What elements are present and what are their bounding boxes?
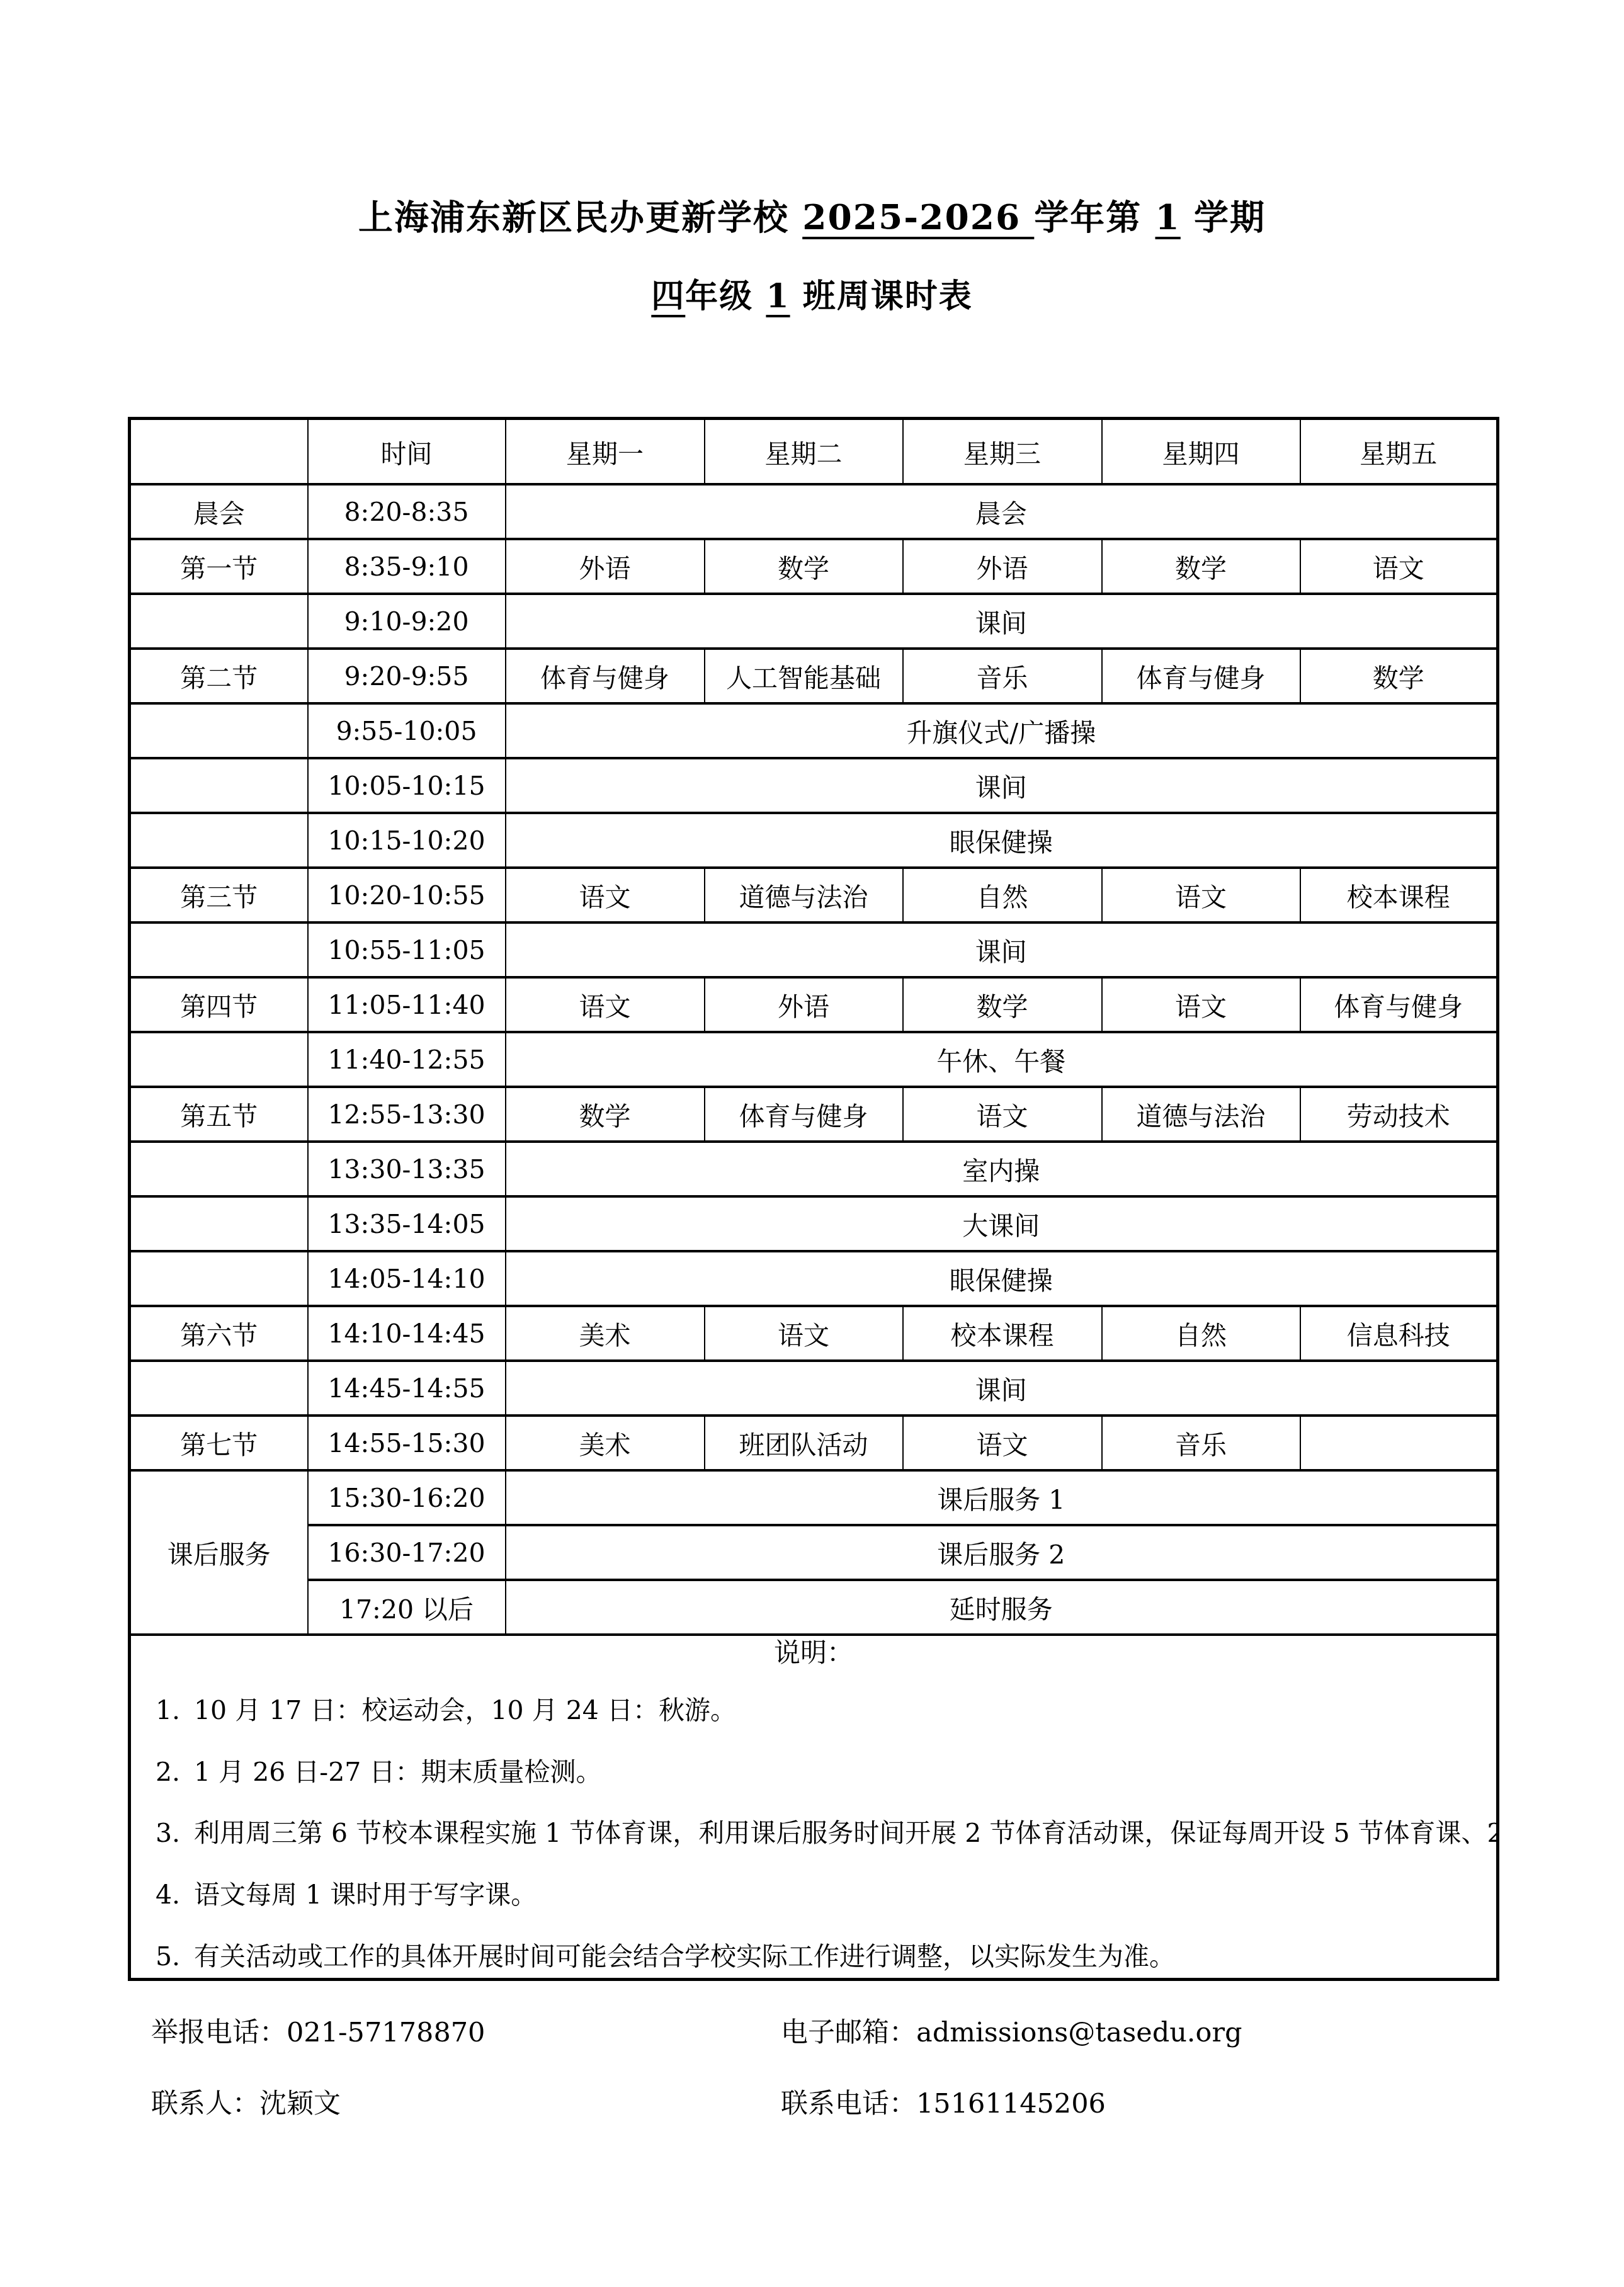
subject-cell: 音乐 [1102, 1416, 1300, 1470]
time-cell: 11:05-11:40 [308, 977, 506, 1032]
schedule-document-page: 上海浦东新区民办更新学校 2025-2026 学年第 1 学期 四年级 1 班周… [0, 0, 1624, 2287]
merged-activity-cell: 眼保健操 [506, 1251, 1498, 1306]
subject-cell: 数学 [1102, 539, 1300, 594]
table-row-eye-exercise: 14:05-14:10 眼保健操 [130, 1251, 1498, 1306]
subtitle-part-underlined-class: 1 [766, 277, 790, 315]
time-cell: 11:40-12:55 [308, 1032, 506, 1087]
subject-cell: 体育与健身 [1300, 977, 1498, 1032]
table-row-period-3: 第三节 10:20-10:55 语文 道德与法治 自然 语文 校本课程 [130, 868, 1498, 922]
contact-footer: 举报电话：021-57178870 电子邮箱：admissions@tasedu… [151, 2011, 1624, 2121]
note-number: 2. [131, 1751, 180, 1794]
subject-cell: 信息科技 [1300, 1306, 1498, 1361]
header-monday: 星期一 [506, 419, 705, 485]
merged-activity-cell: 晨会 [506, 484, 1498, 539]
notes-row: 说明： 1. 10 月 17 日：校运动会，10 月 24 日：秋游。 2. 1… [130, 1635, 1498, 1979]
contact-person: 联系人：沈颖文 [151, 2082, 781, 2121]
subject-cell: 音乐 [903, 649, 1102, 703]
time-cell: 12:55-13:30 [308, 1087, 506, 1142]
note-text: 语文每周 1 课时用于写字课。 [194, 1874, 537, 1917]
time-cell: 10:05-10:15 [308, 758, 506, 813]
period-label-cell [130, 1361, 308, 1416]
title-part-underlined-term: 1 [1156, 196, 1181, 237]
subject-cell: 语文 [1102, 868, 1300, 922]
subject-cell: 数学 [1300, 649, 1498, 703]
period-label-cell: 第三节 [130, 868, 308, 922]
time-cell: 13:35-14:05 [308, 1196, 506, 1251]
table-row-morning-meeting: 晨会 8:20-8:35 晨会 [130, 484, 1498, 539]
merged-activity-cell: 课间 [506, 1361, 1498, 1416]
table-row-after-school-1: 课后服务 15:30-16:20 课后服务 1 [130, 1470, 1498, 1525]
table-row-flag-ceremony: 9:55-10:05 升旗仪式/广播操 [130, 703, 1498, 758]
time-cell: 14:10-14:45 [308, 1306, 506, 1361]
note-item-3: 3. 利用周三第 6 节校本课程实施 1 节体育课，利用课后服务时间开展 2 节… [131, 1812, 1496, 1855]
table-row-break: 10:55-11:05 课间 [130, 922, 1498, 977]
subject-cell: 语文 [903, 1087, 1102, 1142]
footer-row-2: 联系人：沈颖文 联系电话：15161145206 [151, 2082, 1624, 2121]
note-number: 3. [131, 1812, 180, 1855]
subject-cell: 语文 [506, 977, 705, 1032]
period-label-cell [130, 1251, 308, 1306]
period-label-cell [130, 922, 308, 977]
time-cell: 8:35-9:10 [308, 539, 506, 594]
notes-section: 说明： 1. 10 月 17 日：校运动会，10 月 24 日：秋游。 2. 1… [130, 1635, 1498, 1979]
subject-cell: 校本课程 [903, 1306, 1102, 1361]
table-row-break: 10:05-10:15 课间 [130, 758, 1498, 813]
time-cell: 8:20-8:35 [308, 484, 506, 539]
time-cell: 10:15-10:20 [308, 813, 506, 868]
table-row-period-1: 第一节 8:35-9:10 外语 数学 外语 数学 语文 [130, 539, 1498, 594]
merged-activity-cell: 课后服务 1 [506, 1470, 1498, 1525]
subtitle-part: 年级 [685, 277, 766, 315]
table-row-after-school-2: 16:30-17:20 课后服务 2 [130, 1525, 1498, 1580]
title-part: 上海浦东新区民办更新学校 [358, 196, 802, 237]
period-label-cell [130, 594, 308, 649]
time-cell: 9:10-9:20 [308, 594, 506, 649]
title-part-underlined-year: 2025-2026 [802, 196, 1034, 237]
subtitle-part: 班周课时表 [790, 277, 973, 315]
note-number: 4. [131, 1874, 180, 1917]
period-label-cell: 晨会 [130, 484, 308, 539]
subject-cell: 数学 [506, 1087, 705, 1142]
header-row: 时间 星期一 星期二 星期三 星期四 星期五 [130, 419, 1498, 485]
subject-cell: 数学 [705, 539, 903, 594]
table-row-period-7: 第七节 14:55-15:30 美术 班团队活动 语文 音乐 [130, 1416, 1498, 1470]
time-cell: 13:30-13:35 [308, 1142, 506, 1196]
subject-cell: 体育与健身 [1102, 649, 1300, 703]
subject-cell: 美术 [506, 1416, 705, 1470]
header-wednesday: 星期三 [903, 419, 1102, 485]
note-number: 5. [131, 1936, 180, 1978]
header-friday: 星期五 [1300, 419, 1498, 485]
period-label-cell: 第四节 [130, 977, 308, 1032]
email-address: 电子邮箱：admissions@tasedu.org [781, 2011, 1242, 2050]
subject-cell: 外语 [903, 539, 1102, 594]
time-cell: 14:55-15:30 [308, 1416, 506, 1470]
time-cell: 17:20 以后 [308, 1580, 506, 1635]
subject-cell: 语文 [1300, 539, 1498, 594]
merged-activity-cell: 午休、午餐 [506, 1032, 1498, 1087]
note-item-4: 4. 语文每周 1 课时用于写字课。 [131, 1874, 1496, 1917]
period-label-cell [130, 703, 308, 758]
time-cell: 9:20-9:55 [308, 649, 506, 703]
subject-cell: 体育与健身 [705, 1087, 903, 1142]
period-label-cell: 第七节 [130, 1416, 308, 1470]
table-row-eye-exercise: 10:15-10:20 眼保健操 [130, 813, 1498, 868]
table-row-break: 9:10-9:20 课间 [130, 594, 1498, 649]
table-row-extended-service: 17:20 以后 延时服务 [130, 1580, 1498, 1635]
subtitle-part-underlined-grade: 四 [651, 277, 685, 315]
subject-cell: 美术 [506, 1306, 705, 1361]
subject-cell: 语文 [506, 868, 705, 922]
subject-cell: 班团队活动 [705, 1416, 903, 1470]
time-cell: 16:30-17:20 [308, 1525, 506, 1580]
merged-activity-cell: 延时服务 [506, 1580, 1498, 1635]
title-part: 学年第 [1034, 196, 1155, 237]
subject-cell: 校本课程 [1300, 868, 1498, 922]
note-text: 1 月 26 日-27 日：期末质量检测。 [194, 1751, 601, 1794]
note-item-2: 2. 1 月 26 日-27 日：期末质量检测。 [131, 1751, 1496, 1794]
subject-cell: 道德与法治 [1102, 1087, 1300, 1142]
note-text: 有关活动或工作的具体开展时间可能会结合学校实际工作进行调整，以实际发生为准。 [194, 1936, 1175, 1978]
subject-cell: 道德与法治 [705, 868, 903, 922]
merged-activity-cell: 升旗仪式/广播操 [506, 703, 1498, 758]
period-label-cell: 第六节 [130, 1306, 308, 1361]
document-subtitle: 四年级 1 班周课时表 [0, 277, 1624, 316]
subject-cell: 语文 [1102, 977, 1300, 1032]
header-corner-cell [130, 419, 308, 485]
merged-activity-cell: 眼保健操 [506, 813, 1498, 868]
note-text: 利用周三第 6 节校本课程实施 1 节体育课，利用课后服务时间开展 2 节体育活… [194, 1812, 1422, 1855]
subject-cell: 数学 [903, 977, 1102, 1032]
after-school-service-label-cell: 课后服务 [130, 1470, 308, 1635]
note-number: 1. [131, 1689, 180, 1732]
weekly-timetable: 时间 星期一 星期二 星期三 星期四 星期五 晨会 8:20-8:35 晨会 第… [128, 417, 1499, 1981]
contact-phone: 联系电话：15161145206 [781, 2082, 1106, 2121]
note-item-5: 5. 有关活动或工作的具体开展时间可能会结合学校实际工作进行调整，以实际发生为准… [131, 1936, 1496, 1978]
footer-row-1: 举报电话：021-57178870 电子邮箱：admissions@tasedu… [151, 2011, 1624, 2050]
merged-activity-cell: 室内操 [506, 1142, 1498, 1196]
merged-activity-cell: 课间 [506, 922, 1498, 977]
period-label-cell [130, 1032, 308, 1087]
header-time: 时间 [308, 419, 506, 485]
table-row-break: 14:45-14:55 课间 [130, 1361, 1498, 1416]
header-thursday: 星期四 [1102, 419, 1300, 485]
subject-cell: 自然 [903, 868, 1102, 922]
table-row-lunch: 11:40-12:55 午休、午餐 [130, 1032, 1498, 1087]
period-label-cell: 第一节 [130, 539, 308, 594]
subject-cell: 人工智能基础 [705, 649, 903, 703]
merged-activity-cell: 课间 [506, 758, 1498, 813]
period-label-cell [130, 1142, 308, 1196]
table-row-period-2: 第二节 9:20-9:55 体育与健身 人工智能基础 音乐 体育与健身 数学 [130, 649, 1498, 703]
period-label-cell: 第五节 [130, 1087, 308, 1142]
note-text: 10 月 17 日：校运动会，10 月 24 日：秋游。 [194, 1689, 736, 1732]
time-cell: 10:55-11:05 [308, 922, 506, 977]
subject-cell: 自然 [1102, 1306, 1300, 1361]
table-row-big-break: 13:35-14:05 大课间 [130, 1196, 1498, 1251]
subject-cell: 外语 [705, 977, 903, 1032]
table-row-period-6: 第六节 14:10-14:45 美术 语文 校本课程 自然 信息科技 [130, 1306, 1498, 1361]
table-row-indoor-exercise: 13:30-13:35 室内操 [130, 1142, 1498, 1196]
note-item-1: 1. 10 月 17 日：校运动会，10 月 24 日：秋游。 [131, 1689, 1496, 1732]
subject-cell: 语文 [903, 1416, 1102, 1470]
period-label-cell: 第二节 [130, 649, 308, 703]
period-label-cell [130, 1196, 308, 1251]
subject-cell: 语文 [705, 1306, 903, 1361]
time-cell: 9:55-10:05 [308, 703, 506, 758]
time-cell: 14:05-14:10 [308, 1251, 506, 1306]
merged-activity-cell: 课间 [506, 594, 1498, 649]
title-part: 学期 [1181, 196, 1266, 237]
time-cell: 10:20-10:55 [308, 868, 506, 922]
header-tuesday: 星期二 [705, 419, 903, 485]
subject-cell: 外语 [506, 539, 705, 594]
table-row-period-5: 第五节 12:55-13:30 数学 体育与健身 语文 道德与法治 劳动技术 [130, 1087, 1498, 1142]
time-cell: 14:45-14:55 [308, 1361, 506, 1416]
notes-heading: 说明： [131, 1636, 1496, 1671]
report-phone: 举报电话：021-57178870 [151, 2011, 781, 2050]
merged-activity-cell: 大课间 [506, 1196, 1498, 1251]
document-title: 上海浦东新区民办更新学校 2025-2026 学年第 1 学期 [0, 196, 1624, 238]
period-label-cell [130, 813, 308, 868]
time-cell: 15:30-16:20 [308, 1470, 506, 1525]
merged-activity-cell: 课后服务 2 [506, 1525, 1498, 1580]
period-label-cell [130, 758, 308, 813]
subject-cell [1300, 1416, 1498, 1470]
table-row-period-4: 第四节 11:05-11:40 语文 外语 数学 语文 体育与健身 [130, 977, 1498, 1032]
subject-cell: 体育与健身 [506, 649, 705, 703]
subject-cell: 劳动技术 [1300, 1087, 1498, 1142]
